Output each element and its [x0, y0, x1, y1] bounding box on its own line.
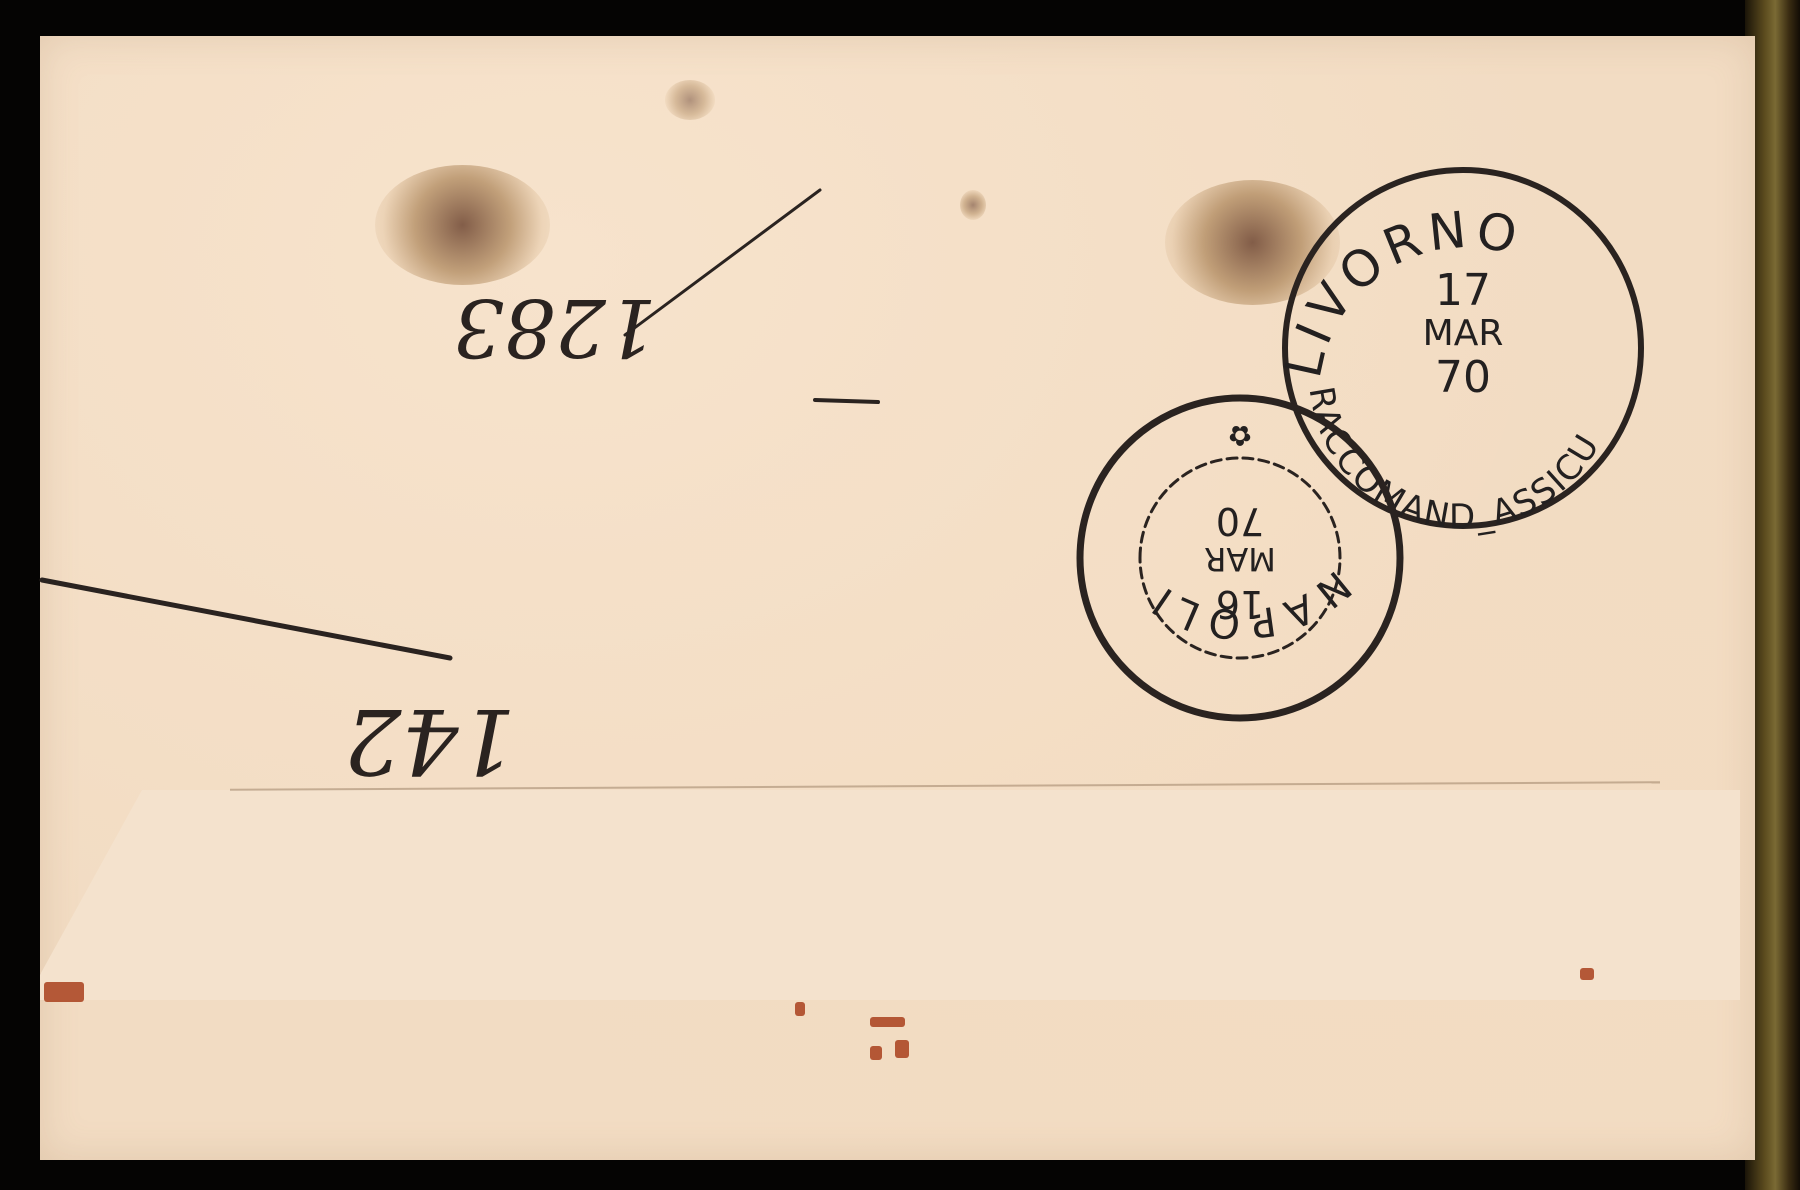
postmark-livorno: LIVORNO RACCOMAND_ASSICU 17 MAR 70 [1274, 170, 1641, 537]
ink-dash [815, 400, 878, 402]
napoli-month: MAR [1204, 540, 1276, 578]
manuscript-second-number: 142 [42, 580, 516, 793]
livorno-day: 17 [1435, 265, 1491, 316]
livorno-year: 70 [1435, 352, 1491, 403]
livorno-month: MAR [1423, 313, 1504, 354]
ink-overlay: LIVORNO RACCOMAND_ASSICU 17 MAR 70 NAPOL… [0, 0, 1800, 1190]
docket-number: 1283 [453, 281, 657, 374]
livorno-service: RACCOMAND_ASSICU [1301, 384, 1609, 538]
svg-text:RACCOMAND_ASSICU: RACCOMAND_ASSICU [1301, 384, 1609, 538]
napoli-year: 70 [1216, 499, 1264, 543]
second-number: 142 [344, 688, 516, 793]
postmark-napoli: NAPOLI 16 MAR 70 ✿ [1080, 398, 1400, 718]
napoli-day: 16 [1216, 582, 1264, 626]
manuscript-docket: 1283 [453, 190, 820, 374]
napoli-ornament: ✿ [1228, 419, 1251, 452]
